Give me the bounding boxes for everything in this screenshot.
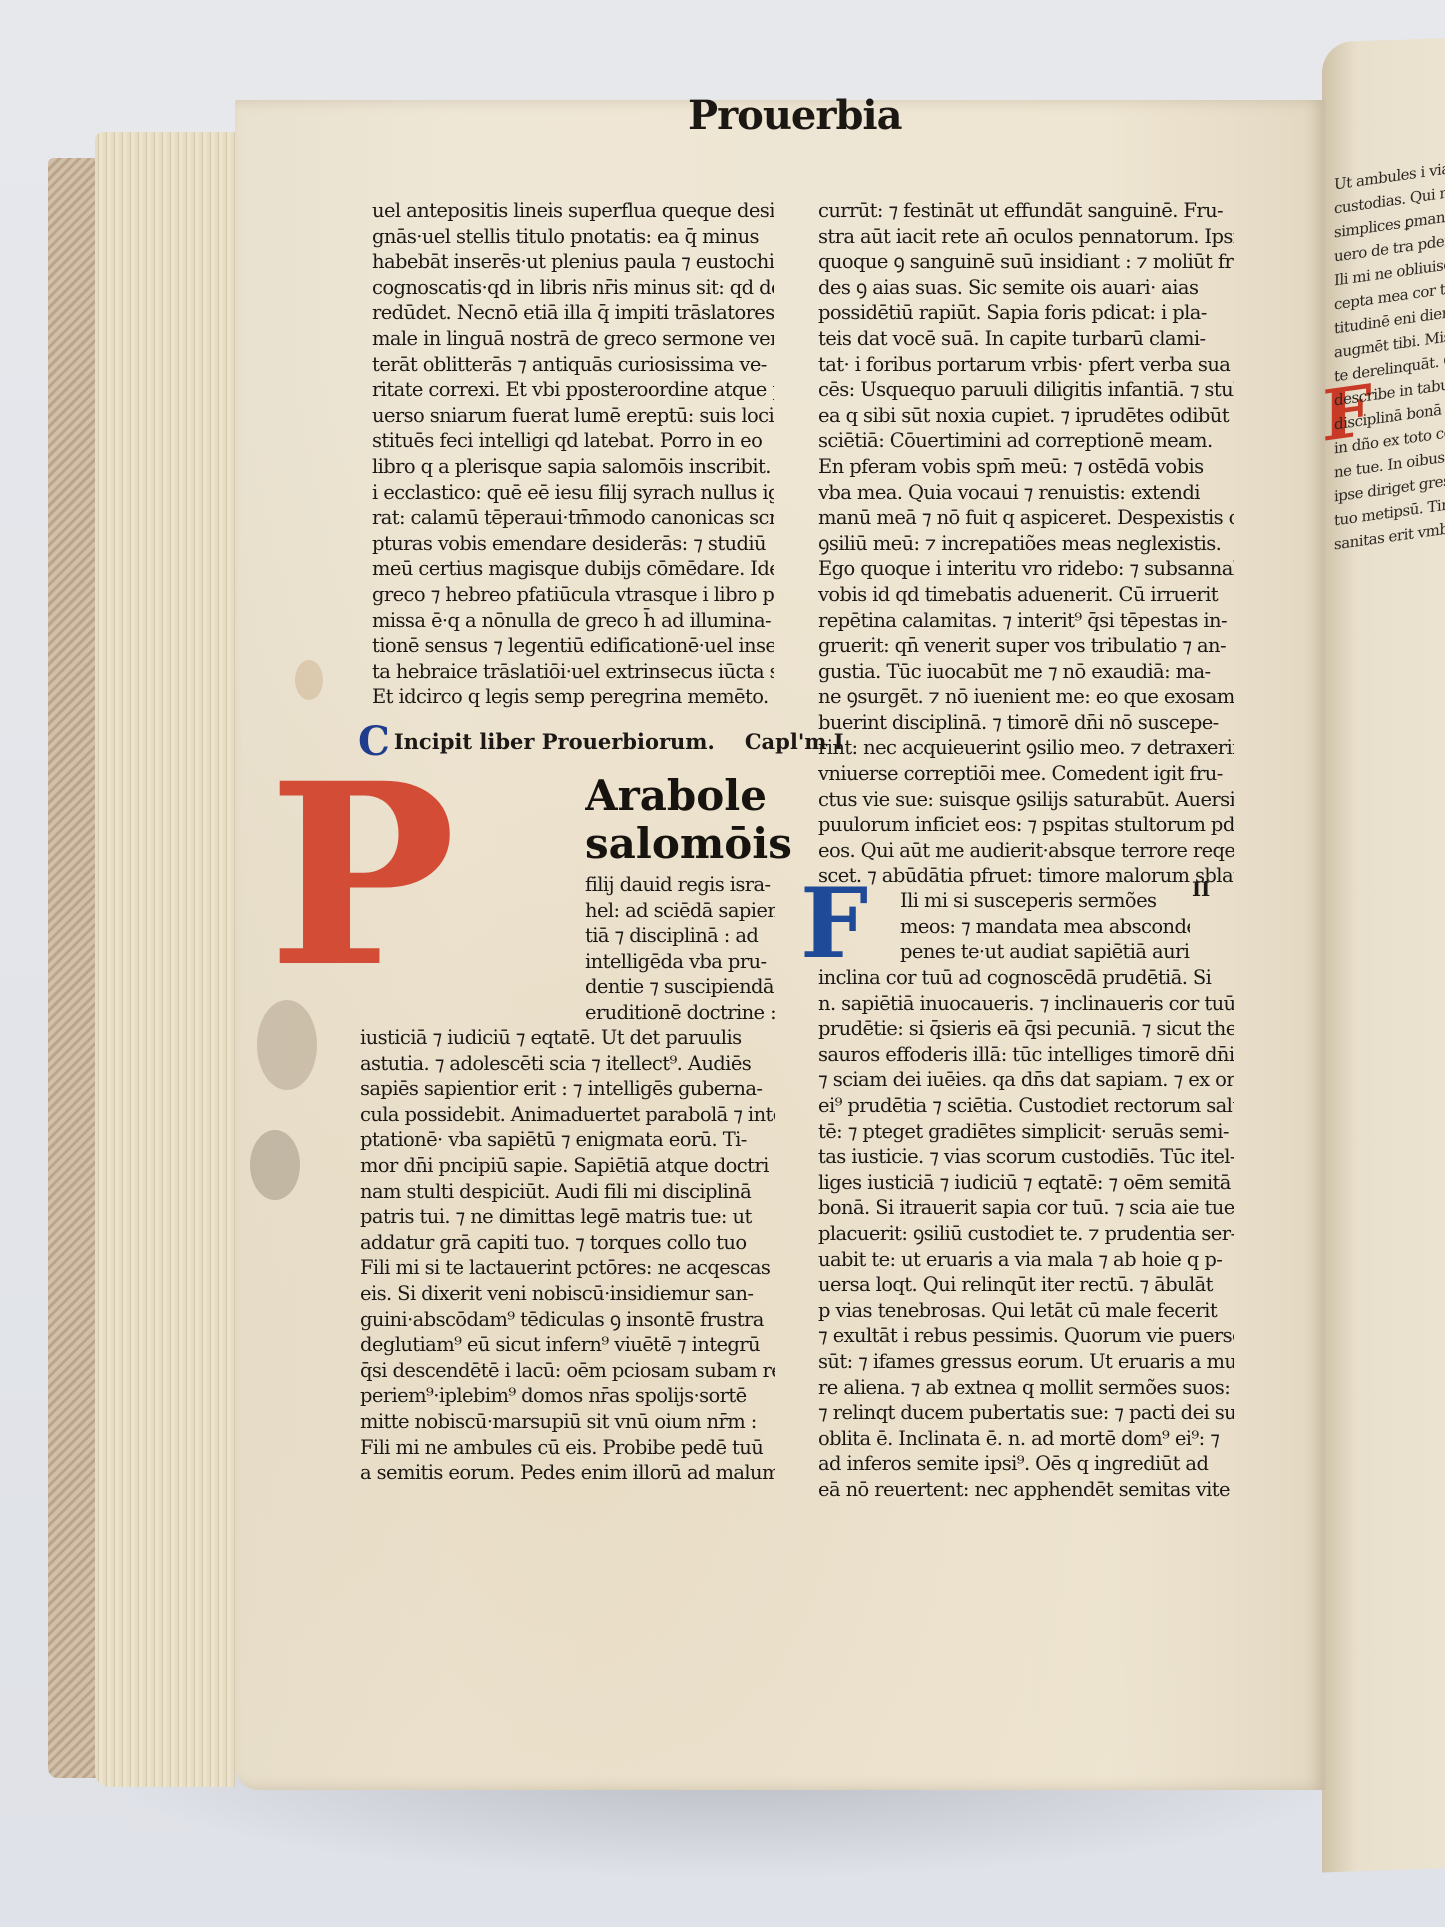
text-line: ⁊ exultāt i rebus pessimis. Quorum vie p… [818,1323,1234,1349]
text-line: addatur grā capiti tuo. ⁊ torques collo … [360,1230,775,1256]
text-line: redūdet. Necnō etiā illa q̄ impiti trāsl… [372,300,774,326]
text-line: ritate correxi. Et vbi pposteroordine at… [372,377,774,403]
text-line: uel antepositis lineis superflua queque … [372,198,774,224]
text-line: teis dat vocē suā. In capite turbarū cla… [818,326,1234,352]
chapter1-text: iusticiā ⁊ iudiciū ⁊ eqtatē. Ut det paru… [360,1025,775,1486]
text-line: periem⁹·iplebim⁹ domos nr̄as spolijs·sor… [360,1383,775,1409]
text-line: gustia. Tūc iuocabūt me ⁊ nō exaudiā: ma… [818,659,1234,685]
text-line: Fili mi ne ambules cū eis. Probibe pedē … [360,1435,775,1461]
text-line: En pferam vobis spm̄ meū: ⁊ ostēdā vobis [818,454,1234,480]
text-line: meos: ⁊ mandata mea absconderis [900,914,1190,940]
text-line: stituēs feci intelligi qd latebat. Porro… [372,428,774,454]
text-line: ptationē· vba sapiētū ⁊ enigmata eorū. T… [360,1127,775,1153]
text-line: scet. ⁊ abūdātia pfruet: timore malorum … [818,863,1234,889]
text-line: eis. Si dixerit veni nobiscū·insidiemur … [360,1281,775,1307]
text-line: sciētiā: Cōuertimini ad correptionē meam… [818,428,1234,454]
text-line: salomōis [585,820,792,868]
text-line: astutia. ⁊ adolescēti scia ⁊ itellect⁹. … [360,1051,775,1077]
text-line: vniuerse correptiōi mee. Comedent igit f… [818,761,1234,787]
text-line: tionē sensus ⁊ legentiū edificationē·uel… [372,633,774,659]
text-line: a semitis eorum. Pedes enim illorū ad ma… [360,1460,775,1486]
text-line: guini·abscōdam⁹ tēdiculas ꝯ insontē frus… [360,1307,775,1333]
text-line: liges iusticiā ⁊ iudiciū ⁊ eqtatē: ⁊ oēm… [818,1170,1234,1196]
text-line: uersa loqt. Qui relinqūt iter rectū. ⁊ ā… [818,1272,1234,1298]
chapter2-indented-text: Ili mi si susceperis sermõesmeos: ⁊ mand… [900,888,1190,965]
text-line: hel: ad sciēdā sapien- [585,898,775,924]
text-line: pturas vobis emendare desiderās: ⁊ studi… [372,531,774,557]
text-line: missa ē·q a nōnulla de greco h̄ ad illum… [372,608,774,634]
text-line: eruditionē doctrine : [585,1000,775,1026]
text-line: sapiēs sapientior erit : ⁊ intelligēs gu… [360,1076,775,1102]
text-line: ꝯsiliū meū: ⁊ increpatiões meas neglexis… [818,531,1234,557]
blue-initial-f: F [800,876,868,972]
text-line: tiā ⁊ disciplinā : ad [585,923,775,949]
text-line: terāt oblitterās ⁊ antiquās curiosissima… [372,352,774,378]
text-line: filij dauid regis isra- [585,872,775,898]
text-line: vobis id qd timebatis aduenerit. Cū irru… [818,582,1234,608]
facing-page-text: Ut ambules i via bona. ⁊ ccustodias. Qui… [1334,145,1445,557]
text-line: quoque ꝯ sanguinē suū insidiant : ⁊ moli… [818,249,1234,275]
text-line: nam stulti despiciūt. Audi fili mi disci… [360,1179,775,1205]
right-column-text: currūt: ⁊ festināt ut effundāt sanguinē.… [818,198,1234,889]
text-line: i ecclastico: quē eē iesu filij syrach n… [372,480,774,506]
text-line: ne ꝯsurgēt. ⁊ nō iuenient me: eo que exo… [818,684,1234,710]
chapter2-text: inclina cor tuū ad cognoscēdā prudētiā. … [818,965,1234,1502]
text-line: Et idcirco q legis semp peregrina memēto… [372,684,774,710]
foxing-stain [295,660,323,700]
text-line: ctus vie sue: suisque ꝯsilijs saturabūt.… [818,787,1234,813]
text-line: vba mea. Quia vocaui ⁊ renuistis: extend… [818,480,1234,506]
text-line: greco ⁊ hebreo pfatiūcula vtrasque i lib… [372,582,774,608]
text-line: dentie ⁊ suscipiendā [585,974,775,1000]
chapter1-heading: Arabolesalomōis [585,772,792,868]
text-line: buerint disciplinā. ⁊ timorē dn̄i nō sus… [818,710,1234,736]
text-line: gnās·uel stellis titulo pnotatis: ea q̄ … [372,224,774,250]
text-line: Ego quoque i interitu vro ridebo: ⁊ subs… [818,556,1234,582]
text-line: eos. Qui aūt me audierit·absque terrore … [818,838,1234,864]
text-line: cula possidebit. Animaduertet parabolā ⁊… [360,1102,775,1128]
text-line: habebāt inserēs·ut plenius paula ⁊ eusto… [372,249,774,275]
text-line: tas iusticie. ⁊ vias scorum custodiēs. T… [818,1144,1234,1170]
text-line: iusticiā ⁊ iudiciū ⁊ eqtatē. Ut det paru… [360,1025,775,1051]
text-line: placuerit: ꝯsiliū custodiet te. ⁊ pruden… [818,1221,1234,1247]
text-line: meū certius magisque dubijs cōmēdare. Id… [372,556,774,582]
chapter2-number: II [1192,878,1210,901]
text-line: deglutiam⁹ eū sicut infern⁹ viuētē ⁊ int… [360,1332,775,1358]
running-title: Prouerbia [688,92,902,139]
text-line: ad inferos semite ipsi⁹. Oēs q ingrediūt… [818,1451,1234,1477]
text-line: ⁊ sciam dei iuēies. qa dn̄s dat sapiam. … [818,1067,1234,1093]
text-line: Arabole [585,772,792,820]
text-line: puulorum inficiet eos: ⁊ pspitas stultor… [818,812,1234,838]
text-line: manū meā ⁊ nō fuit q aspiceret. Despexis… [818,505,1234,531]
text-line: repētina calamitas. ⁊ interit⁹ q̄si tēpe… [818,608,1234,634]
text-line: libro q a plerisque sapia salomōis inscr… [372,454,774,480]
text-line: n. sapiētiā inuocaueris. ⁊ inclinaueris … [818,991,1234,1017]
text-line: stra aūt iacit rete an̄ oculos pennatoru… [818,224,1234,250]
text-line: bonā. Si itrauerit sapia cor tuū. ⁊ scia… [818,1195,1234,1221]
text-line: des ꝯ aias suas. Sic semite ois auari· a… [818,275,1234,301]
text-line: Ili mi si susceperis sermões [900,888,1190,914]
text-line: uerso sniarum fuerat lumē ereptū: suis l… [372,403,774,429]
text-line: intelligēda vba pru- [585,949,775,975]
text-line: mor dn̄i pncipiū sapie. Sapiētiā atque d… [360,1153,775,1179]
chapter1-narrow-text: filij dauid regis isra-hel: ad sciēdā sa… [585,872,775,1026]
text-line: ei⁹ prudētia ⁊ sciētia. Custodiet rector… [818,1093,1234,1119]
text-line: cognoscatis·qd in libris nr̄is minus sit… [372,275,774,301]
text-line: penes te·ut audiat sapiētiā auris tua [900,939,1190,965]
text-line: inclina cor tuū ad cognoscēdā prudētiā. … [818,965,1234,991]
text-line: rat: calamū tēperaui·tm̄modo canonicas s… [372,505,774,531]
text-line: currūt: ⁊ festināt ut effundāt sanguinē.… [818,198,1234,224]
text-line: ta hebraice trāslatiōi·uel extrinsecus i… [372,659,774,685]
red-initial-p: P [268,760,456,990]
text-line: Fili mi si te lactauerint pctōres: ne ac… [360,1255,775,1281]
text-line: tat· i foribus portarum vrbis· pfert ver… [818,352,1234,378]
text-line: male in linguā nostrā de greco sermone v… [372,326,774,352]
text-line: sauros effoderis illā: tūc intelliges ti… [818,1042,1234,1068]
text-line: sūt: ⁊ ifames gressus eorum. Ut eruaris … [818,1349,1234,1375]
text-line: q̄si descendētē i lacū: oēm pciosam suba… [360,1358,775,1384]
text-line: ea q sibi sūt noxia cupiet. ⁊ iprudētes … [818,403,1234,429]
text-line: oblita ē. Inclinata ē. n. ad mortē dom⁹ … [818,1426,1234,1452]
text-line: tē: ⁊ pteget gradiētes simplicit· seruās… [818,1119,1234,1145]
text-line: gruerit: qn̄ venerit super vos tribulati… [818,633,1234,659]
left-column-preface: uel antepositis lineis superflua queque … [372,198,774,710]
text-line: uabit te: ut eruaris a via mala ⁊ ab hoi… [818,1247,1234,1273]
text-line: p vias tenebrosas. Qui letāt cū male fec… [818,1298,1234,1324]
text-line: ⁊ relinqt ducem pubertatis sue: ⁊ pacti … [818,1400,1234,1426]
text-line: prudētie: si q̄sieris eā q̄si pecuniā. ⁊… [818,1016,1234,1042]
page-block-edges [95,132,235,1787]
text-line: re aliena. ⁊ ab extnea q mollit sermões … [818,1375,1234,1401]
text-line: rint: nec acquieuerint ꝯsilio meo. ⁊ det… [818,735,1234,761]
text-line: eā nō reuertent: nec apphendēt semitas v… [818,1477,1234,1503]
text-line: possidētiū rapiūt. Sapia foris pdicat: i… [818,300,1234,326]
foxing-stain [250,1130,300,1200]
text-line: mitte nobiscū·marsupiū sit vnū oium nr̄m… [360,1409,775,1435]
text-line: patris tui. ⁊ ne dimittas legē matris tu… [360,1204,775,1230]
text-line: cēs: Usquequo paruuli diligitis infantiā… [818,377,1234,403]
facing-page: F Ut ambules i via bona. ⁊ ccustodias. Q… [1322,38,1445,1873]
